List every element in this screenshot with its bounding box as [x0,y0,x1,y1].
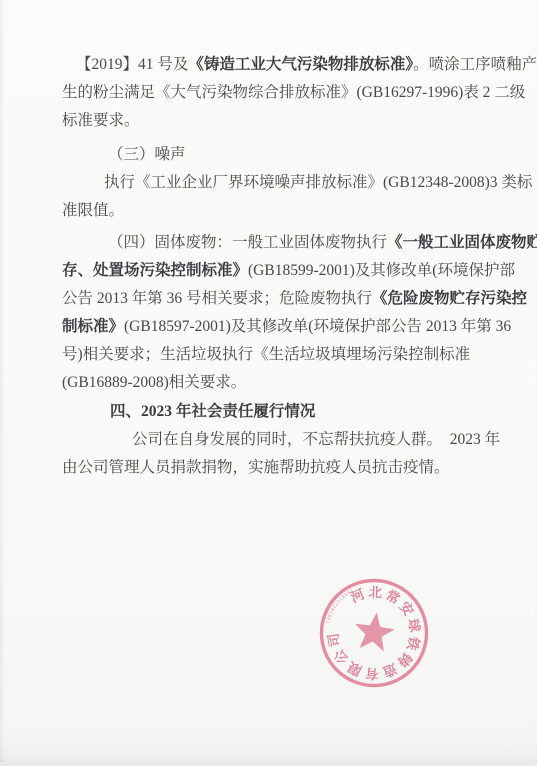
text-segment: （三）噪声 [108,146,186,163]
text-line: 公告 2013 年第 36 号相关要求；危险废物执行《危险废物贮存污染控 [62,285,492,313]
seal-company-char: 球 [405,617,422,634]
text-segment: (GB18599-2001)及其修改单(环境保护部 [248,262,515,279]
seal-company-char: 有 [365,666,380,683]
seal-company-char: 公 [331,646,351,666]
scan-edge-shadow [0,762,537,766]
text-line: (GB16889-2008)相关要求。 [62,369,492,397]
text-segment: （四）固体废物：一般工业固体废物执行 [108,234,387,251]
text-line: 公司在自身发展的同时，不忘帮扶抗疫人群。 2023 年 [62,426,492,454]
seal-company-char: 司 [325,632,343,648]
text-line: 号)相关要求；生活垃圾执行《生活垃圾填埋场污染控制标准 [62,341,492,369]
seal-company-char: 铁 [404,634,423,653]
company-seal: 河北常安球铁铸造有限公司1301822518061 [289,548,459,718]
text-line: 四、2023 年社会责任履行情况 [62,398,492,426]
text-line: （四）固体废物：一般工业固体废物执行《一般工业固体废物贮 [62,229,492,257]
text-segment: (GB16889-2008)相关要求。 [62,374,246,391]
text-line: 生的粉尘满足《大气污染物综合排放标准》(GB16297-1996)表 2 二级 [62,79,492,107]
seal-company-char: 北 [368,585,382,600]
text-segment: 四、2023 年社会责任履行情况 [110,403,315,420]
text-line: （三）噪声 [62,141,492,169]
text-segment: 准限值。 [62,202,124,219]
text-line: 【2019】41 号及《铸造工业大气污染物排放标准》。喷涂工序喷釉产 [62,51,492,79]
text-segment: 《铸造工业大气污染物排放标准》 [188,56,413,73]
text-segment: 标准要求。 [62,112,140,129]
text-segment: 。喷涂工序喷釉产 [413,56,537,73]
text-segment: 存、处置场污染控制标准》 [62,262,248,279]
seal-company-char: 限 [345,659,364,679]
text-segment: 公告 2013 年第 36 号相关要求；危险废物执行 [62,290,372,307]
text-segment: 《一般工业固体废物贮 [387,234,537,251]
text-segment: 生的粉尘满足《大气污染物综合排放标准》(GB16297-1996)表 2 二级 [62,84,525,101]
text-segment: 由公司管理人员捐款捐物，实施帮助抗疫人员抗击疫情。 [62,459,450,476]
text-line: 标准要求。 [62,107,492,135]
document-page: 【2019】41 号及《铸造工业大气污染物排放标准》。喷涂工序喷釉产生的粉尘满足… [0,0,537,766]
text-line: 执行《工业企业厂界环境噪声排放标准》(GB12348-2008)3 类标 [62,169,492,197]
document-body: 【2019】41 号及《铸造工业大气污染物排放标准》。喷涂工序喷釉产生的粉尘满足… [62,51,492,482]
text-line: 存、处置场污染控制标准》(GB18599-2001)及其修改单(环境保护部 [62,257,492,285]
text-line: 准限值。 [62,197,492,225]
seal-company-char: 造 [380,661,399,681]
text-segment: 【2019】41 号及 [76,56,188,73]
text-segment: 公司在自身发展的同时，不忘帮扶抗疫人群。 2023 年 [132,431,500,448]
text-segment: 制标准》 [62,318,124,335]
text-segment: 号)相关要求；生活垃圾执行《生活垃圾填埋场污染控制标准 [62,346,470,363]
text-line: 由公司管理人员捐款捐物，实施帮助抗疫人员抗击疫情。 [62,454,492,482]
text-segment: 《危险废物贮存污染控 [372,290,527,307]
text-segment: (GB18597-2001)及其修改单(环境保护部公告 2013 年第 36 [124,318,511,335]
text-line: 制标准》(GB18597-2001)及其修改单(环境保护部公告 2013 年第 … [62,313,492,341]
text-segment: 执行《工业企业厂界环境噪声排放标准》(GB12348-2008)3 类标 [104,174,532,191]
star-icon [355,612,395,651]
